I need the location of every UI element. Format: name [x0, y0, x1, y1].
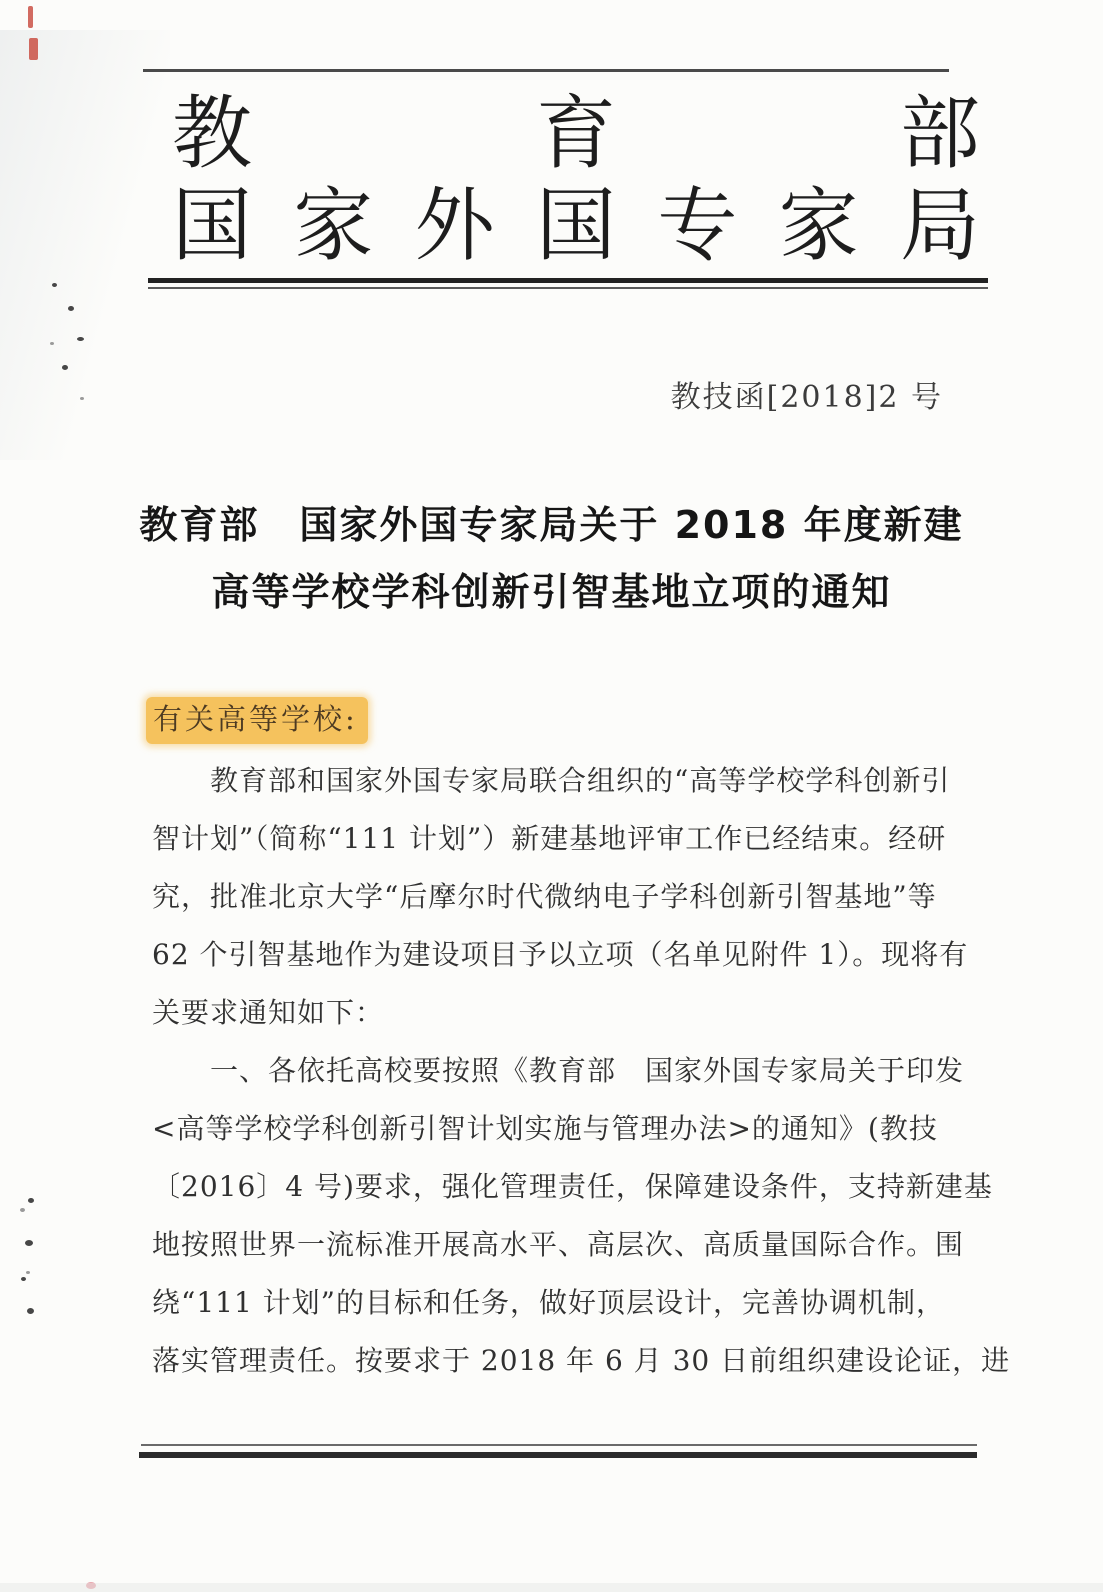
letterhead-character: 外 [415, 184, 495, 268]
body-line: 62 个引智基地作为建设项目予以立项（名单见附件 1）。现将有 [152, 926, 948, 984]
letterhead-character: 育 [536, 92, 616, 176]
letterhead-character: 家 [779, 184, 859, 268]
document-title-line2: 高等学校学科创新引智基地立项的通知 [0, 559, 1103, 626]
scan-speck [62, 365, 68, 370]
scan-speck [20, 1208, 25, 1212]
body-line: 地按照世界一流标准开展高水平、高层次、高质量国际合作。围 [152, 1216, 948, 1274]
body-line: 教育部和国家外国专家局联合组织的“高等学校学科创新引 [152, 752, 948, 810]
body-line: 智计划”（简称“111 计划”）新建基地评审工作已经结束。经研 [152, 810, 948, 868]
scan-speck [28, 1198, 34, 1203]
scan-speck [50, 342, 54, 345]
red-pen-mark [29, 38, 38, 60]
scanned-document-page: 教育部 国家外国专家局 教技函[2018]2 号 教育部 国家外国专家局关于 2… [0, 0, 1103, 1592]
letterhead-character: 专 [657, 184, 737, 268]
body-line: 落实管理责任。按要求于 2018 年 6 月 30 日前组织建设论证，进 [152, 1332, 948, 1390]
scan-speck [25, 1240, 33, 1246]
letterhead-agency-line2: 国家外国专家局 [172, 184, 980, 268]
body-line: 绕“111 计划”的目标和任务，做好顶层设计，完善协调机制， [152, 1274, 948, 1332]
letterhead-bottom-rule-thick [148, 278, 988, 283]
body-line: <高等学校学科创新引智计划实施与管理办法>的通知》(教技 [152, 1100, 948, 1158]
letterhead-character: 教 [172, 92, 252, 176]
scan-speck [21, 1277, 26, 1281]
letterhead-bottom-rule-thin [148, 287, 988, 289]
footer-rule-thick [139, 1452, 977, 1458]
body-line: 〔2016〕4 号)要求，强化管理责任，保障建设条件，支持新建基 [152, 1158, 948, 1216]
body-line: 关要求通知如下： [152, 984, 948, 1042]
letterhead-character: 部 [900, 92, 980, 176]
letterhead-top-rule [143, 69, 949, 72]
body-line: 一、各依托高校要按照《教育部 国家外国专家局关于印发 [152, 1042, 948, 1100]
scan-speck [68, 306, 74, 311]
scan-speck [27, 1308, 34, 1314]
footer-rule-thin [141, 1444, 977, 1446]
document-title: 教育部 国家外国专家局关于 2018 年度新建 高等学校学科创新引智基地立项的通… [0, 492, 1103, 626]
letterhead-agency-line1: 教育部 [172, 92, 980, 176]
salutation-highlight: 有关高等学校: [146, 697, 368, 744]
scan-speck [80, 397, 84, 400]
scan-speck [77, 337, 84, 341]
salutation: 有关高等学校: [146, 697, 368, 738]
letterhead-character: 国 [536, 184, 616, 268]
document-title-line1: 教育部 国家外国专家局关于 2018 年度新建 [0, 492, 1103, 559]
scan-speck [52, 283, 57, 287]
document-number: 教技函[2018]2 号 [0, 372, 943, 416]
letterhead-character: 家 [293, 184, 373, 268]
red-pen-mark [28, 6, 33, 28]
letterhead-character: 局 [900, 184, 980, 268]
scan-speck [26, 1271, 30, 1274]
body-text: 教育部和国家外国专家局联合组织的“高等学校学科创新引 智计划”（简称“111 计… [152, 752, 948, 1390]
scan-edge-shading [0, 1583, 1103, 1592]
letterhead-character: 国 [172, 184, 252, 268]
body-line: 究，批准北京大学“后摩尔时代微纳电子学科创新引智基地”等 [152, 868, 948, 926]
